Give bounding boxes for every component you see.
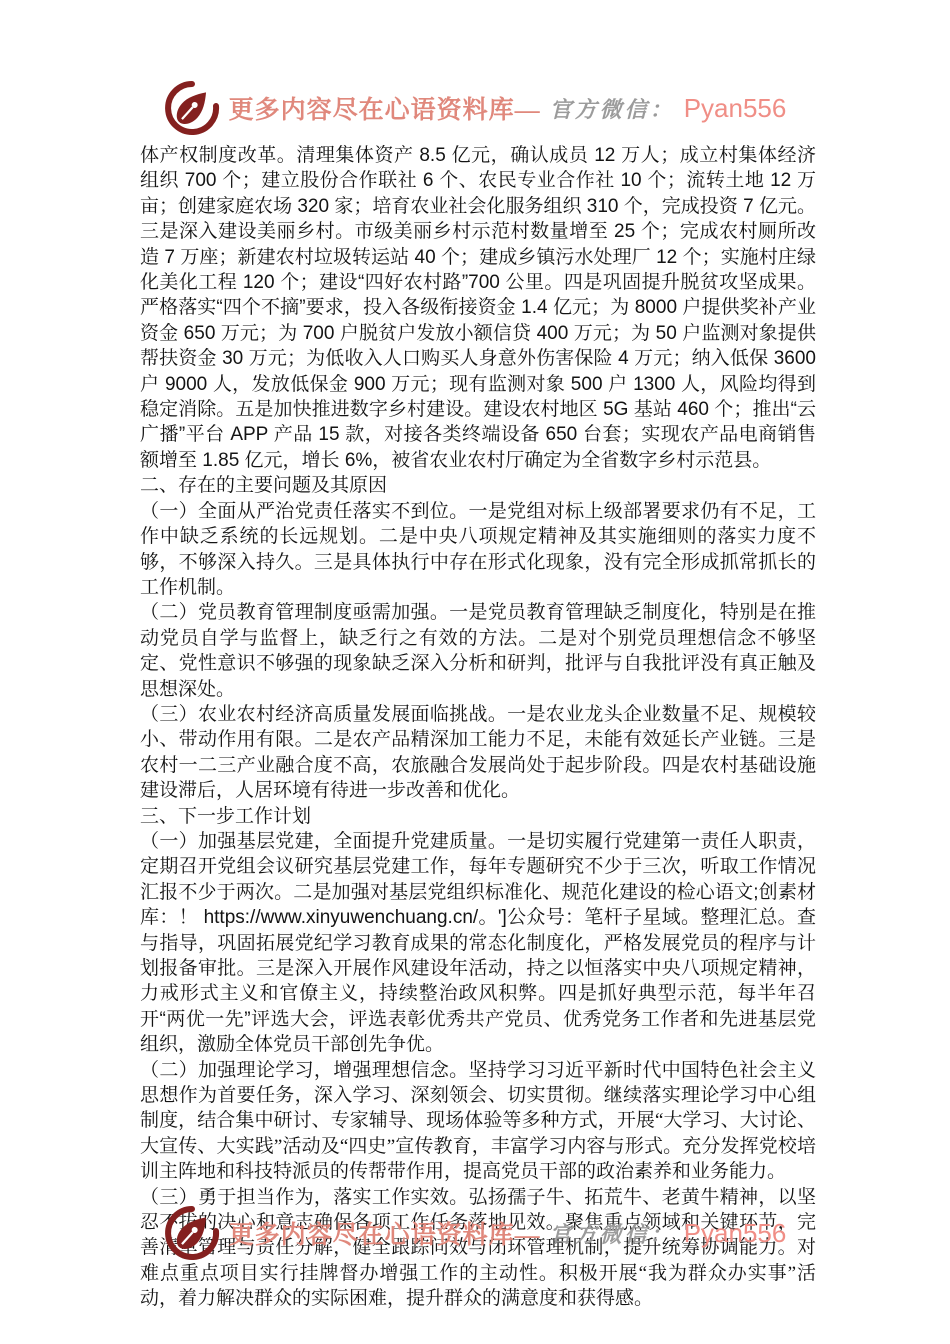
paragraph: （二）加强理论学习，增强理想信念。坚持学习习近平新时代中国特色社会主义思想作为首… (140, 1058, 816, 1185)
document-body: 体产权制度改革。清理集体资产 8.5 亿元，确认成员 12 万人；成立村集体经济… (140, 143, 816, 1312)
banner-wechat-label: 官方微信： (550, 93, 675, 124)
paragraph: 二、存在的主要问题及其原因 (140, 473, 816, 498)
banner-wechat-id: Pyan556 (684, 1218, 787, 1249)
paragraph: （三）农业农村经济高质量发展面临挑战。一是农业龙头企业数量不足、规模较小、带动作… (140, 702, 816, 804)
paragraph: 体产权制度改革。清理集体资产 8.5 亿元，确认成员 12 万人；成立村集体经济… (140, 143, 816, 473)
paragraph: （二）党员教育管理制度亟需加强。一是党员教育管理缺乏制度化，特别是在推动党员自学… (140, 600, 816, 702)
banner-brand-text: 更多内容尽在心语资料库— (229, 1215, 541, 1251)
banner-wechat-label: 官方微信： (550, 1218, 675, 1249)
paragraph: 三、下一步工作计划 (140, 804, 816, 829)
banner-wechat-id: Pyan556 (684, 93, 787, 124)
pen-nib-logo-icon (164, 80, 220, 136)
document-page: 更多内容尽在心语资料库— 官方微信： Pyan556 体产权制度改革。清理集体资… (0, 0, 950, 1344)
footer-watermark: 更多内容尽在心语资料库— 官方微信： Pyan556 (0, 1203, 950, 1263)
pen-nib-logo-icon (164, 1205, 220, 1261)
header-watermark: 更多内容尽在心语资料库— 官方微信： Pyan556 (0, 78, 950, 138)
paragraph: （一）加强基层党建，全面提升党建质量。一是切实履行党建第一责任人职责，定期召开党… (140, 829, 816, 1058)
paragraph: （一）全面从严治党责任落实不到位。一是党组对标上级部署要求仍有不足，工作中缺乏系… (140, 499, 816, 601)
banner-brand-text: 更多内容尽在心语资料库— (229, 90, 541, 126)
